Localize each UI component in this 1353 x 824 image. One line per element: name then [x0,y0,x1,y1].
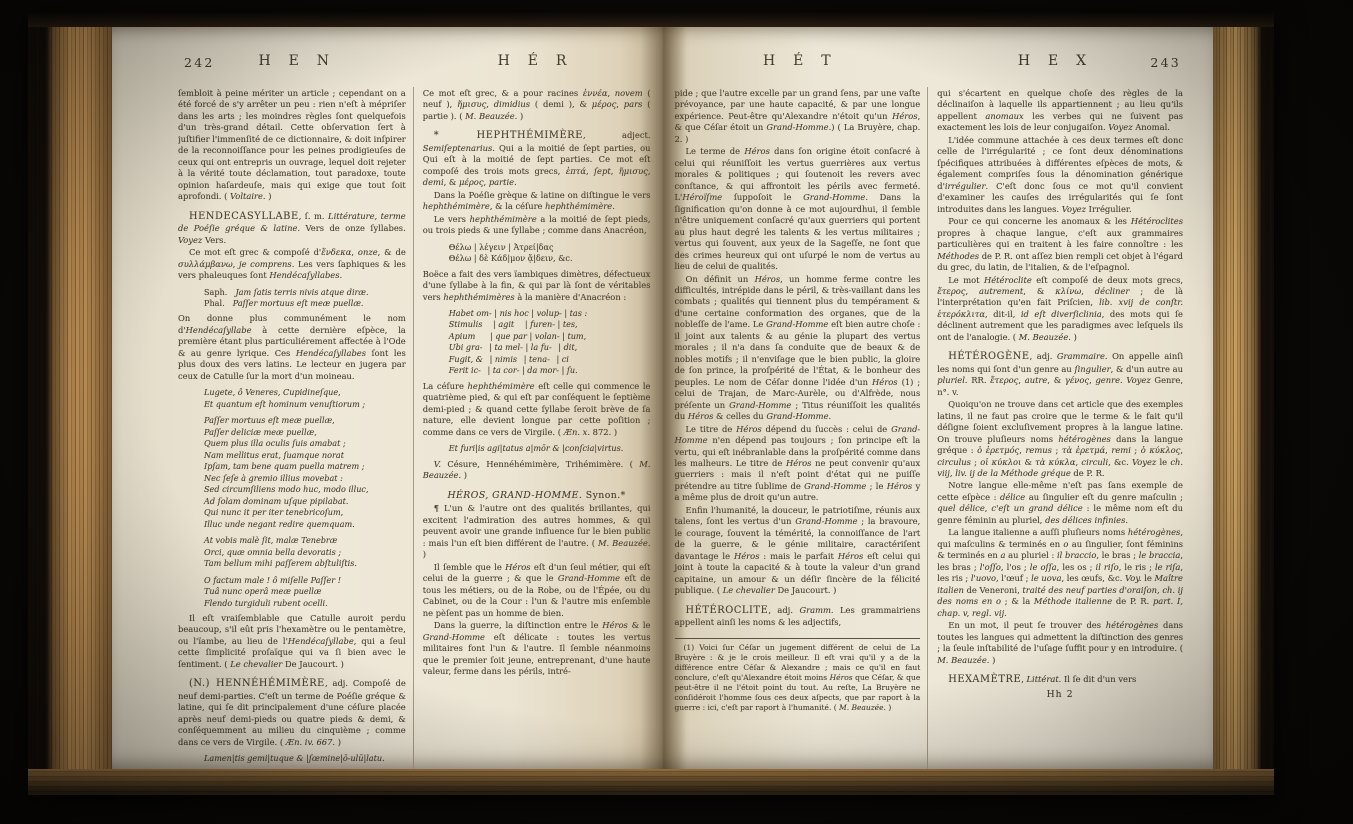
entry-heading: HÉROS, GRAND-HOMME. Synon.* [423,490,651,503]
verse-line: Et furi|is agi|tatus a|mōr & |conſcia|vi… [449,443,651,454]
verse-line: Saph. Jam ſatis terris nivis atque diræ. [204,287,406,298]
verse-line: Ubi gra- | ta mel- | la fu- | dit, [449,342,651,353]
book-bottom-page-edges [28,769,1274,795]
text-paragraph: Quoiqu'on ne trouve dans cet article que… [937,399,1183,479]
text-paragraph: Notre langue elle-même n'eſt pas ſans ex… [937,480,1183,526]
verse-line: Orci, quæ omnia bella devoratis ; [204,547,406,558]
entry-headword: HENDECASYLLABE [189,211,299,222]
text-paragraph: La céſure hephthémimère eſt celle qui co… [423,381,651,438]
left-page-column-2: Ce mot eſt grec, & a pour racines ἐννέα,… [413,87,655,769]
running-title-her: H É R [416,53,654,69]
dictionary-entry: * HEPHTHÉMIMÈRE, adject. Semiſeptenarius… [423,129,651,188]
signature-mark: Hh 2 [937,689,1183,702]
text-paragraph: ſembloit à peine mériter un article ; ce… [178,88,406,203]
footnote: (1) Voici ſur Céſar un jugement différen… [675,638,921,713]
dictionary-entry: HÉTÉROCLITE, adj. Gramm. Les grammairien… [675,604,921,629]
right-page: H É T H E X 243 pide ; que l'autre excel… [663,27,1214,769]
verse-quotation: O factum male ! ô miſelle Paſſer !Tuâ nu… [204,575,406,609]
verse-line: Fugit, & | nimis | tena- | ci [449,354,651,365]
verse-line: Tuâ nunc operâ meæ puellæ [204,586,406,597]
verse-quotation: Et furi|is agi|tatus a|mōr & |conſcia|vi… [449,443,651,454]
verse-quotation: Habet om- | nis hoc | volup- | tas :Stim… [449,308,651,377]
verse-line: Lamen|tis gemi|tuque & |ſœmine|ō-ulū|lat… [204,753,406,764]
text-paragraph: Boëce a fait des vers ïambiques dimètres… [423,269,651,303]
text-paragraph: L'idée commune attachée à ces deux terme… [937,135,1183,215]
verse-quotation: Lamen|tis gemi|tuque & |ſœmine|ō-ulū|lat… [204,753,406,764]
verse-quotation: Saph. Jam ſatis terris nivis atque diræ.… [204,287,406,310]
text-paragraph: On définit un Héros, un homme ferme cont… [675,274,921,423]
dictionary-entry: (N.) HENNÉHÉMIMÈRE, adj. Compoſé de neuf… [178,677,406,748]
right-page-column-1: pide ; que l'autre excelle par un grand … [673,87,928,769]
verse-line: Nam mellitus erat, ſuamque norat [204,450,406,461]
left-page: 242 H E N H É R ſembloit à peine mériter… [112,27,663,769]
text-paragraph: Il ſemble que le Héros eſt d'un ſeul mét… [423,562,651,619]
verse-line: At vobis malè ſit, malæ Tenebræ [204,535,406,546]
verse-line: Ferit ic- | ta cor- | da mor- | ſu. [449,365,651,376]
verse-quotation: Paſſer mortuus eſt meæ puellæ,Paſſer del… [204,415,406,530]
verse-line: Θέλω | δὲ Κάδ|μον ᾄ|δειν, &c. [449,253,651,264]
entry-headword: (N.) HENNÉHÉMIMÈRE [189,678,325,689]
text-paragraph: V. Césure, Hennéhémimère, Trihémimère. (… [423,459,651,482]
verse-line: Lugete, ô Veneres, Cupidineſque, [204,387,406,398]
verse-quotation: Lugete, ô Veneres, Cupidineſque,Et quant… [204,387,406,410]
text-paragraph: Pour ce qui concerne les anomaux & les H… [937,216,1183,273]
right-fore-edge-pages [1213,27,1274,769]
verse-line: Nec ſeſe à gremio illius movebat : [204,473,406,484]
verse-line: Θέλω | λέγειν | Ἀτρεί|δας [449,242,651,253]
text-paragraph: Le terme de Héros dans ſon origine étoit… [675,146,921,272]
open-book: 242 H E N H É R ſembloit à peine mériter… [28,12,1274,795]
text-paragraph: Ce mot eſt grec, & a pour racines ἐννέα,… [423,88,651,122]
left-page-number: 242 [184,55,215,70]
text-paragraph: Dans la guerre, la diſtinction entre le … [423,620,651,677]
running-title-het: H É T [673,53,928,69]
verse-line: Sed circumſiliens modo huc, modo illuc, [204,484,406,495]
verse-line: Habet om- | nis hoc | volup- | tas : [449,308,651,319]
text-paragraph: pide ; que l'autre excelle par un grand … [675,88,921,145]
verse-line: O factum male ! ô miſelle Paſſer ! [204,575,406,586]
text-paragraph: Enfin l'humanité, la douceur, le patriot… [675,505,921,597]
running-title-hex: H E X [928,53,1183,69]
left-page-column-1: ſembloit à peine mériter un article ; ce… [178,87,413,769]
right-page-number: 243 [1150,55,1181,70]
verse-line: Qui nunc it per iter tenebricoſum, [204,507,406,518]
text-paragraph: Le vers hephthémimère a la moitié de ſep… [423,214,651,237]
text-paragraph: ¶ L'un & l'autre ont des qualités brilla… [423,503,651,560]
verse-line: Quem plus illa oculis ſuis amabat ; [204,438,406,449]
left-page-header: 242 H E N H É R [178,53,655,87]
verse-line: Apium | que par | volan- | tum, [449,331,651,342]
dictionary-entry: HEXAMÈTRE, Littérat. Il ſe dit d'un vers [937,673,1183,686]
verse-line: Flendo turgiduli rubent ocelli. [204,598,406,609]
photo-of-open-book: { "background_color": "#0b0907", "book":… [0,0,1353,824]
verse-line: Ipſam, tam bene quam puella matrem ; [204,461,406,472]
verse-line: Ad ſolam dominam uſque pipilabat. [204,496,406,507]
dictionary-entry: HÉTÉROGÈNE, adj. Grammaire. On appelle a… [937,350,1183,398]
verse-line: Et quantum eſt hominum venuſtiorum ; [204,399,406,410]
book-cover-top-edge [28,12,1274,27]
right-page-column-2: qui s'écartent en quelque choſe des règl… [927,87,1183,769]
verse-line: Paſſer deliciæ meæ puellæ, [204,427,406,438]
left-fore-edge-pages [28,27,112,769]
verse-line: Illuc unde negant redire quemquam. [204,519,406,530]
text-paragraph: Il eſt vraiſemblable que Catulle auroit … [178,613,406,670]
verse-line: Tam bellum mihi paſſerem abſtuliſtis. [204,558,406,569]
verse-line: Phal. Paſſer mortuus eſt meæ puellæ. [204,298,406,309]
entry-headword: HÉTÉROGÈNE [948,351,1029,362]
entry-headword: * HEPHTHÉMIMÈRE [434,130,583,141]
text-paragraph: Dans la Poéſie grèque & latine on diſtin… [423,190,651,213]
text-paragraph: Le titre de Héros dépend du ſuccès : cel… [675,424,921,504]
entry-headword: HÉTÉROCLITE [686,605,769,616]
entry-headword: HEXAMÈTRE [948,674,1021,685]
text-paragraph: La langue italienne a auſſi pluſieurs no… [937,527,1183,619]
verse-line: Paſſer mortuus eſt meæ puellæ, [204,415,406,426]
verse-line: Stimulis | agit | furen- | tes, [449,319,651,330]
dictionary-entry: HENDECASYLLABE, ſ. m. Littérature, terme… [178,210,406,246]
text-paragraph: qui s'écartent en quelque choſe des règl… [937,88,1183,134]
text-paragraph: En un mot, il peut ſe trouver des hétéro… [937,620,1183,666]
text-paragraph: On donne plus communément le nom d'Hendé… [178,313,406,382]
text-paragraph: Le mot Hétéroclite eſt compoſé de deux m… [937,275,1183,344]
verse-quotation: Θέλω | λέγειν | Ἀτρεί|δαςΘέλω | δὲ Κάδ|μ… [449,242,651,265]
verse-quotation: At vobis malè ſit, malæ TenebræOrci, quæ… [204,535,406,569]
text-paragraph: Ce mot eſt grec & compoſé d'ἕνδεκα, onze… [178,247,406,281]
right-page-header: H É T H E X 243 [673,53,1184,87]
